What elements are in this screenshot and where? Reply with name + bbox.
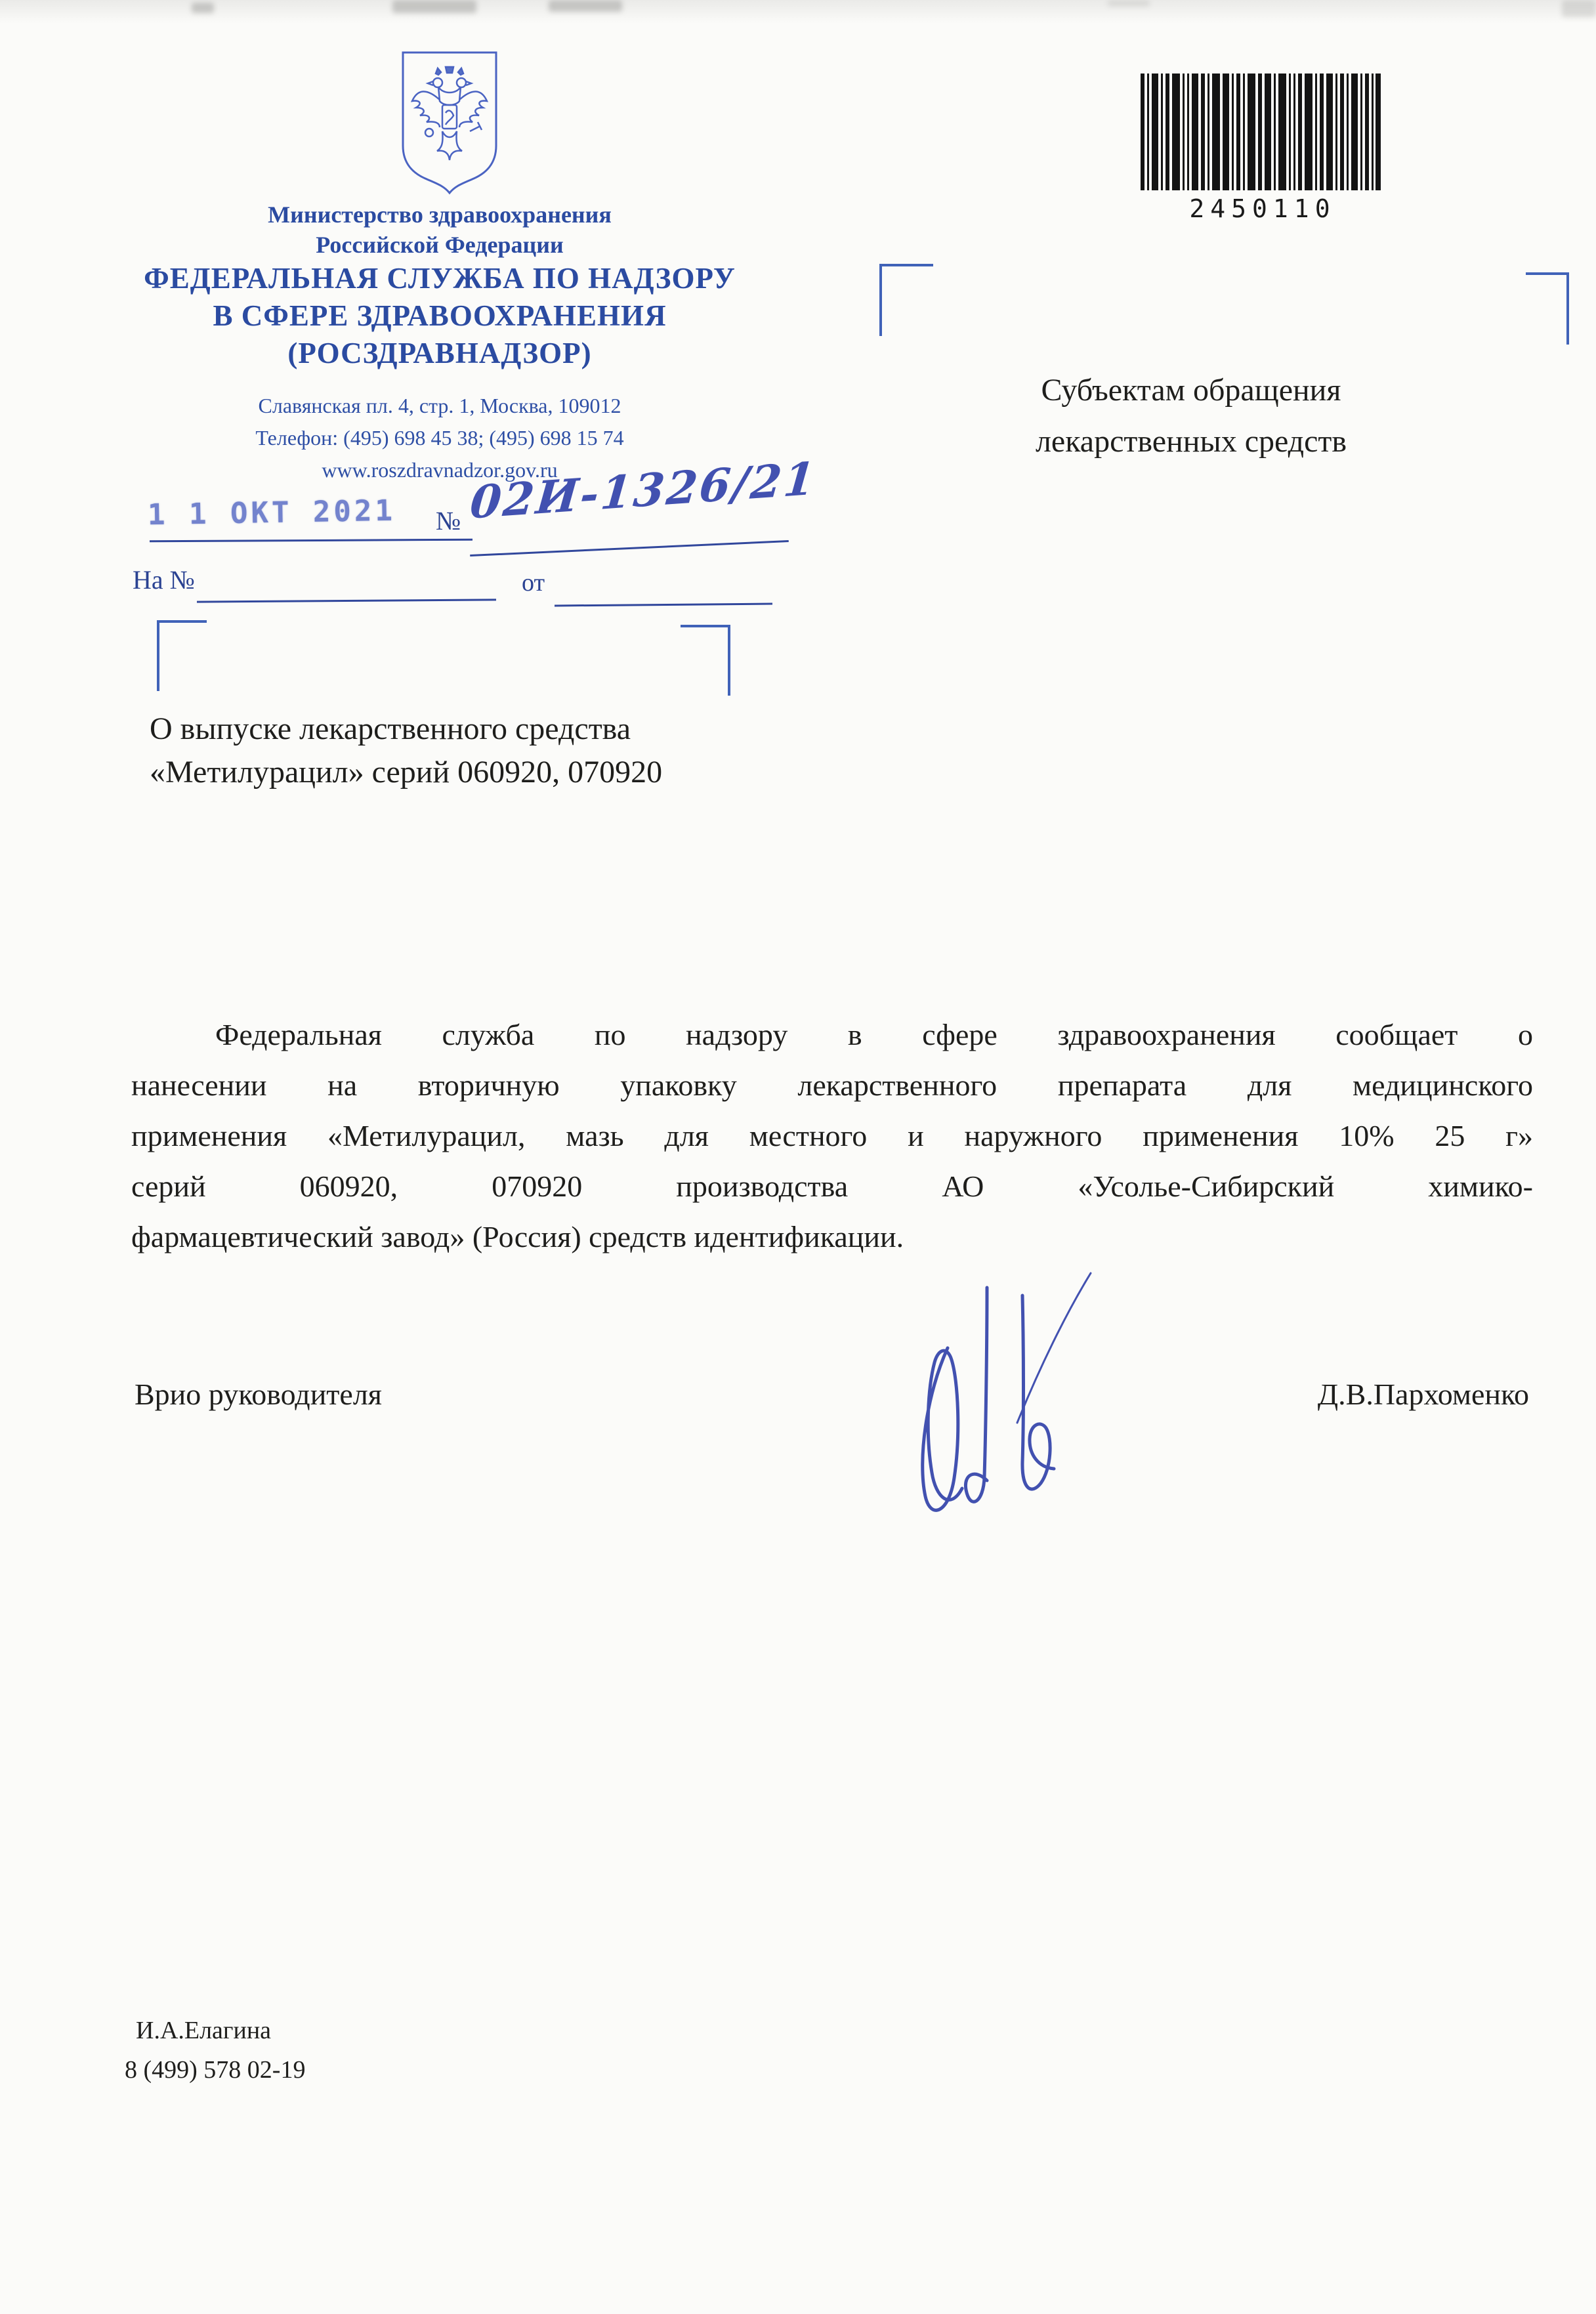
service-name: ФЕДЕРАЛЬНАЯ СЛУЖБА ПО НАДЗОРУ В СФЕРЕ ЗД…	[85, 260, 794, 372]
recipient-line2: лекарственных средств	[981, 416, 1401, 467]
body-line: применения «Метилурацил, мазь для местно…	[131, 1110, 1533, 1161]
scanned-letter-page: Министерство здравоохранения Российской …	[0, 0, 1596, 2314]
signer-name: Д.В.Пархоменко	[1221, 1377, 1529, 1412]
executor-phone: 8 (499) 578 02-19	[125, 2055, 305, 2084]
body-line: серий 060920, 070920 производства АО «Ус…	[131, 1161, 1533, 1211]
barcode-number: 2450110	[1141, 194, 1385, 223]
subject-line1: О выпуске лекарственного средства	[150, 707, 1003, 751]
address-corner-mark	[879, 264, 933, 336]
recipient-block: Субъектам обращения лекарственных средст…	[981, 365, 1401, 467]
address-corner-mark	[681, 625, 730, 696]
subject-line2: «Метилурацил» серий 060920, 070920	[150, 751, 1003, 794]
date-underline	[150, 539, 472, 543]
coat-of-arms-icon	[396, 47, 503, 197]
scan-smudge	[392, 0, 476, 13]
address-corner-mark	[1526, 272, 1569, 345]
scan-smudge	[1562, 0, 1596, 17]
body-line: фармацевтический завод» (Россия) средств…	[131, 1211, 1533, 1262]
ministry-name: Министерство здравоохранения Российской …	[112, 200, 768, 260]
signer-position: Врио руководителя	[135, 1377, 382, 1412]
ministry-line1: Министерство здравоохранения	[112, 200, 768, 230]
subject-block: О выпуске лекарственного средства «Метил…	[150, 707, 1003, 794]
recipient-line1: Субъектам обращения	[981, 365, 1401, 416]
reply-date-underline	[555, 603, 772, 607]
reply-to-number-label: На №	[133, 564, 195, 595]
scan-edge-artifact	[0, 0, 1596, 24]
ministry-line2: Российской Федерации	[112, 230, 768, 260]
reply-to-date-label: от	[522, 568, 545, 597]
barcode-image	[1141, 74, 1385, 190]
signature-scribble	[887, 1268, 1104, 1567]
body-line: нанесении на вторичную упаковку лекарств…	[131, 1060, 1533, 1110]
scan-smudge	[192, 3, 214, 13]
address-corner-mark	[157, 620, 207, 691]
service-line1: ФЕДЕРАЛЬНАЯ СЛУЖБА ПО НАДЗОРУ	[85, 260, 794, 297]
number-sign: №	[436, 505, 461, 536]
executor-name: И.А.Елагина	[136, 2016, 271, 2045]
letter-body: Федеральная служба по надзору в сфере зд…	[131, 1009, 1533, 1262]
date-stamp: 1 1 ОКТ 2021	[148, 494, 396, 532]
scan-smudge	[549, 0, 622, 12]
service-line3: (РОСЗДРАВНАДЗОР)	[85, 335, 794, 372]
letterhead-phone: Телефон: (495) 698 45 38; (495) 698 15 7…	[112, 422, 768, 454]
number-underline	[470, 540, 789, 557]
reply-number-underline	[197, 599, 496, 602]
body-line: Федеральная служба по надзору в сфере зд…	[131, 1009, 1533, 1060]
service-line2: В СФЕРЕ ЗДРАВООХРАНЕНИЯ	[85, 297, 794, 335]
scan-smudge	[1108, 0, 1150, 7]
letterhead-address: Славянская пл. 4, стр. 1, Москва, 109012	[112, 390, 768, 422]
